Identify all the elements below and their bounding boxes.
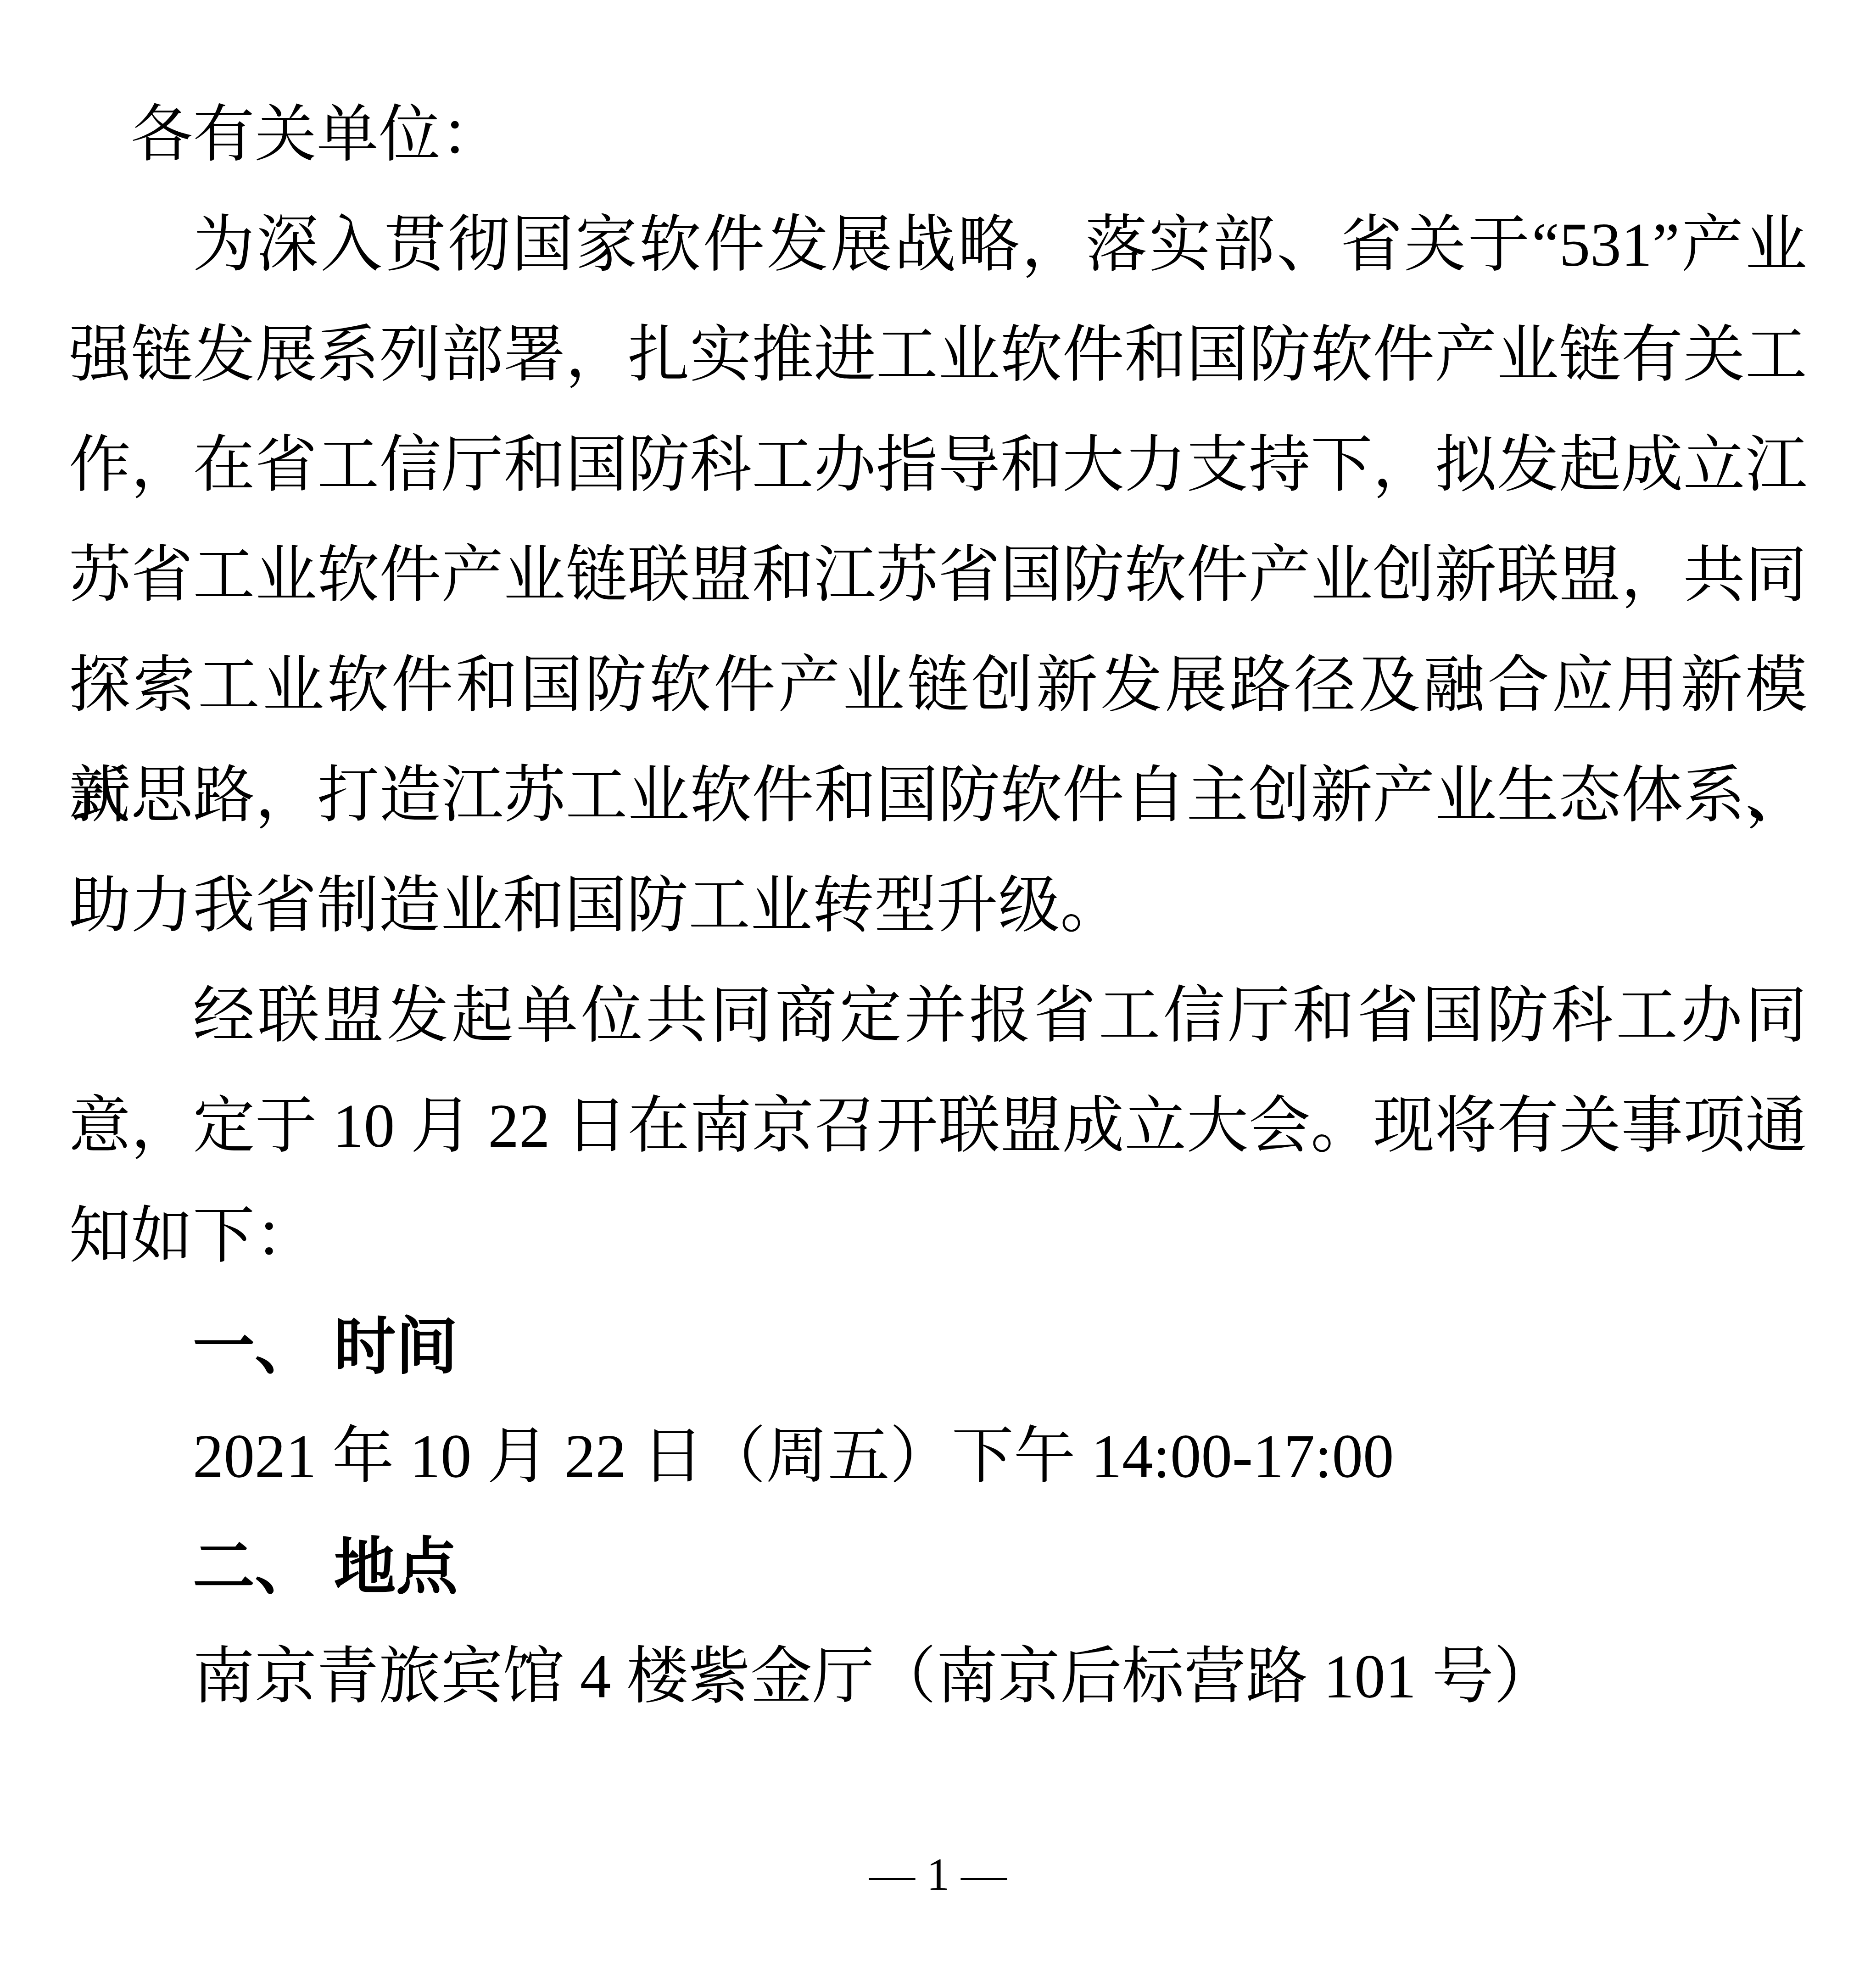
text-line: 探索工业软件和国防软件产业链创新发展路径及融合应用新模式、 <box>69 631 1807 741</box>
text-line: 2021 年 10 月 22 日（周五）下午 14:00-17:00 <box>69 1402 1807 1512</box>
document-page: 各有关单位：为深入贯彻国家软件发展战略，落实部、省关于“531”产业强链发展系列… <box>0 0 1876 1987</box>
text-line: 为深入贯彻国家软件发展战略，落实部、省关于“531”产业 <box>69 190 1807 301</box>
text-line: 经联盟发起单位共同商定并报省工信厅和省国防科工办同 <box>69 961 1807 1072</box>
section-heading: 一、 时间 <box>69 1292 1807 1402</box>
section-heading: 二、 地点 <box>69 1512 1807 1622</box>
document-body: 各有关单位：为深入贯彻国家软件发展战略，落实部、省关于“531”产业强链发展系列… <box>69 80 1807 1732</box>
page-number: — 1 — <box>69 1840 1807 1909</box>
text-line: 南京青旅宾馆 4 楼紫金厅（南京后标营路 101 号） <box>69 1622 1807 1732</box>
text-line: 意，定于 10 月 22 日在南京召开联盟成立大会。现将有关事项通 <box>69 1072 1807 1182</box>
text-line: 苏省工业软件产业链联盟和江苏省国防软件产业创新联盟，共同 <box>69 521 1807 631</box>
text-line: 助力我省制造业和国防工业转型升级。 <box>69 851 1807 961</box>
text-line: 知如下： <box>69 1182 1807 1292</box>
text-line: 作，在省工信厅和国防科工办指导和大力支持下，拟发起成立江 <box>69 411 1807 521</box>
text-line: 强链发展系列部署，扎实推进工业软件和国防软件产业链有关工 <box>69 301 1807 411</box>
text-line: 新思路，打造江苏工业软件和国防软件自主创新产业生态体系， <box>69 741 1807 851</box>
text-line: 各有关单位： <box>69 80 1807 190</box>
